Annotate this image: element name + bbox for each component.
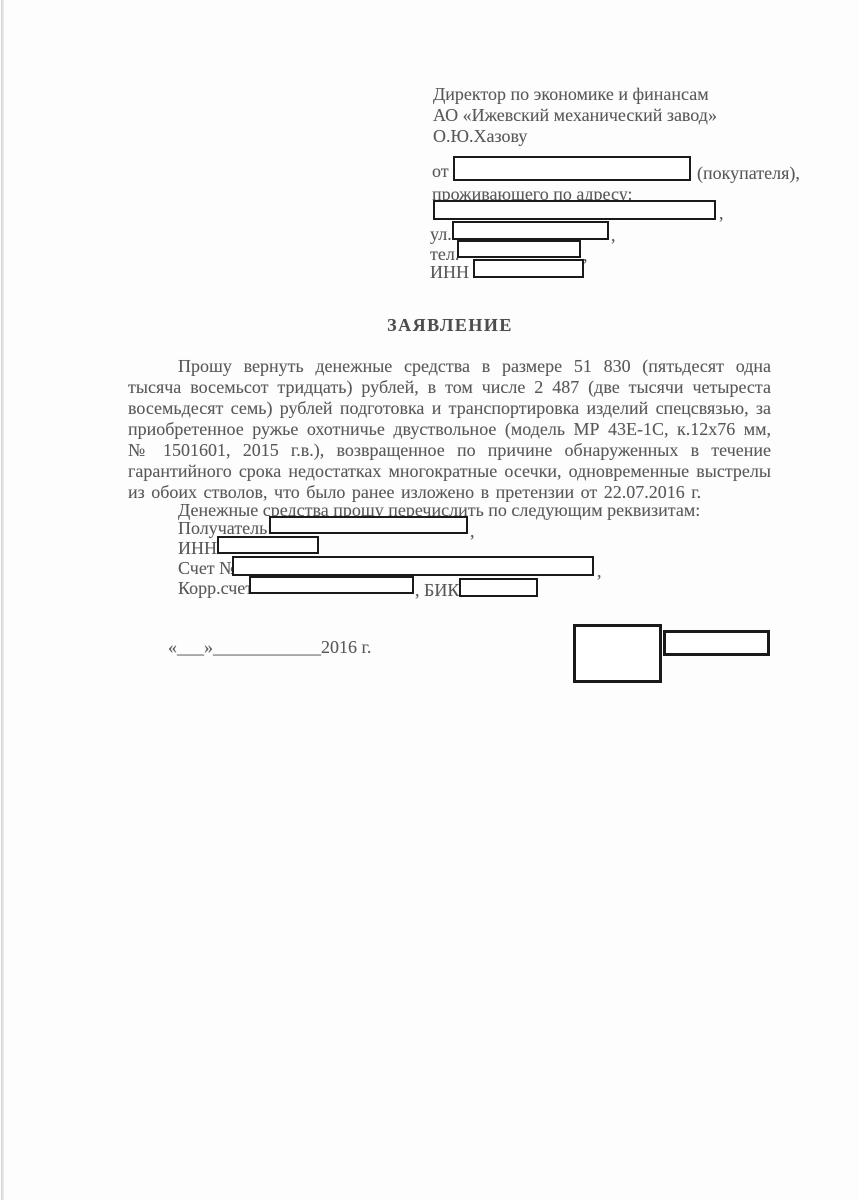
redacted-sender-inn	[473, 259, 584, 278]
bik-label: , БИК	[415, 580, 459, 601]
account-comma: ,	[597, 561, 602, 582]
redacted-payee-inn	[217, 536, 319, 554]
redacted-buyer-name	[453, 156, 691, 181]
account-label: Счет №	[178, 558, 236, 579]
redacted-payee	[269, 516, 468, 534]
redacted-bik	[459, 578, 538, 597]
scanned-document-page: Директор по экономике и финансам АО «Иже…	[0, 0, 859, 1200]
date-line: «___»____________2016 г.	[168, 637, 371, 658]
scanner-edge-artifact	[1, 0, 4, 1200]
buyer-suffix: (покупателя),	[697, 163, 800, 184]
payee-comma: ,	[470, 521, 475, 542]
redacted-signature-box	[663, 630, 770, 656]
document-title: ЗАЯВЛЕНИЕ	[128, 315, 772, 336]
recipient-line-3: О.Ю.Хазову	[433, 126, 527, 147]
address-comma: ,	[719, 203, 724, 224]
from-label: от	[432, 161, 449, 182]
street-label: ул.	[430, 224, 452, 245]
payee-inn-label: ИНН	[178, 538, 217, 559]
recipient-line-1: Директор по экономике и финансам	[433, 84, 709, 105]
corr-account-label: Корр.счет	[178, 578, 253, 599]
body-paragraph: Прошу вернуть денежные средства в размер…	[128, 356, 771, 503]
recipient-line-2: АО «Ижевский механический завод»	[433, 105, 717, 126]
redacted-account-number	[232, 556, 594, 576]
redacted-phone	[457, 240, 581, 258]
redacted-address	[433, 200, 716, 220]
redacted-street	[452, 221, 609, 240]
redacted-corr-account	[249, 576, 414, 594]
sender-inn-label: ИНН	[430, 262, 469, 283]
redacted-stamp-box	[573, 624, 662, 683]
street-comma: ,	[611, 225, 616, 246]
